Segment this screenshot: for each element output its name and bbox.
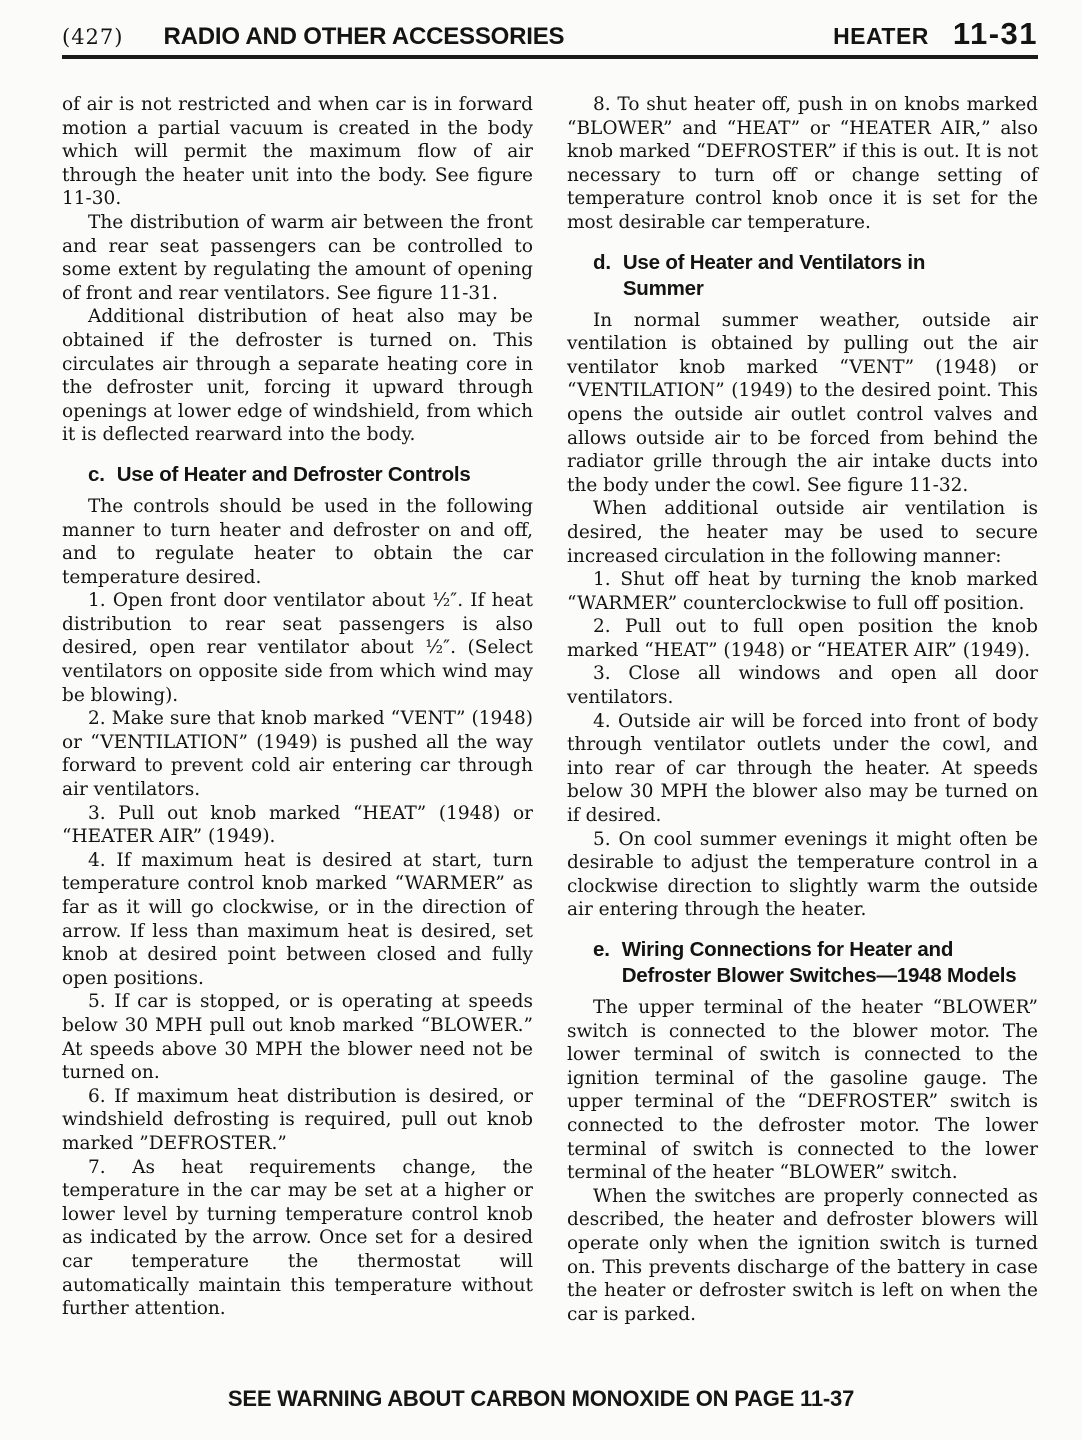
list-item: 1. Open front door ventilator about ½″. …: [62, 589, 533, 707]
paragraph: When the switches are properly connected…: [567, 1185, 1038, 1327]
right-column: 8. To shut heater off, push in on knobs …: [567, 93, 1038, 1326]
subsection-label: e.: [593, 937, 610, 989]
list-item: 5. On cool summer evenings it might ofte…: [567, 828, 1038, 922]
subsection-heading-e: e. Wiring Connections for Heater and Def…: [567, 937, 1038, 989]
paragraph: Additional distribution of heat also may…: [62, 305, 533, 447]
subsection-title: Use of Heater and Defroster Controls: [117, 462, 471, 488]
header-right: HEATER 11-31: [833, 16, 1038, 52]
subsection-label: c.: [88, 462, 105, 488]
two-column-body: of air is not restricted and when car is…: [62, 93, 1038, 1326]
list-item: 2. Pull out to full open position the kn…: [567, 615, 1038, 662]
page-label: 11-31: [953, 16, 1038, 52]
paragraph: The upper terminal of the heater “BLOWER…: [567, 996, 1038, 1185]
carbon-monoxide-warning: SEE WARNING ABOUT CARBON MONOXIDE ON PAG…: [0, 1386, 1082, 1412]
subsection-title: Wiring Connections for Heater and Defros…: [622, 937, 1017, 989]
subsection-heading-c: c. Use of Heater and Defroster Controls: [62, 462, 533, 488]
paragraph: When additional outside air ventilation …: [567, 497, 1038, 568]
paragraph: In normal summer weather, outside air ve…: [567, 309, 1038, 498]
paragraph: of air is not restricted and when car is…: [62, 93, 533, 211]
section-title: RADIO AND OTHER ACCESSORIES: [163, 23, 564, 51]
list-item: 4. If maximum heat is desired at start, …: [62, 849, 533, 991]
subsection-title-line: Use of Heater and Ventilators in: [623, 250, 925, 276]
subsection-label: d.: [593, 250, 611, 302]
subsection-title-line: Summer: [623, 276, 925, 302]
page-number: (427): [62, 25, 123, 49]
list-item: 3. Close all windows and open all door v…: [567, 662, 1038, 709]
header-rule: [62, 55, 1038, 59]
subsection-title-line: Defroster Blower Switches—1948 Models: [622, 963, 1017, 989]
manual-page: (427) RADIO AND OTHER ACCESSORIES HEATER…: [0, 0, 1082, 1440]
left-column: of air is not restricted and when car is…: [62, 93, 533, 1326]
paragraph: The controls should be used in the follo…: [62, 495, 533, 589]
list-item: 4. Outside air will be forced into front…: [567, 710, 1038, 828]
subsection-title-line: Wiring Connections for Heater and: [622, 937, 1017, 963]
page-header: (427) RADIO AND OTHER ACCESSORIES HEATER…: [62, 16, 1038, 52]
subsection-title-line: Use of Heater and Defroster Controls: [117, 462, 471, 488]
subsection-title: Use of Heater and Ventilators in Summer: [623, 250, 925, 302]
list-item: 5. If car is stopped, or is operating at…: [62, 990, 533, 1084]
list-item: 6. If maximum heat distribution is desir…: [62, 1085, 533, 1156]
list-item: 2. Make sure that knob marked “VENT” (19…: [62, 707, 533, 801]
list-item: 3. Pull out knob marked “HEAT” (1948) or…: [62, 802, 533, 849]
list-item: 7. As heat requirements change, the temp…: [62, 1156, 533, 1321]
chapter-label: HEATER: [833, 23, 929, 50]
list-item: 8. To shut heater off, push in on knobs …: [567, 93, 1038, 235]
list-item: 1. Shut off heat by turning the knob mar…: [567, 568, 1038, 615]
paragraph: The distribution of warm air between the…: [62, 211, 533, 305]
subsection-heading-d: d. Use of Heater and Ventilators in Summ…: [567, 250, 1038, 302]
